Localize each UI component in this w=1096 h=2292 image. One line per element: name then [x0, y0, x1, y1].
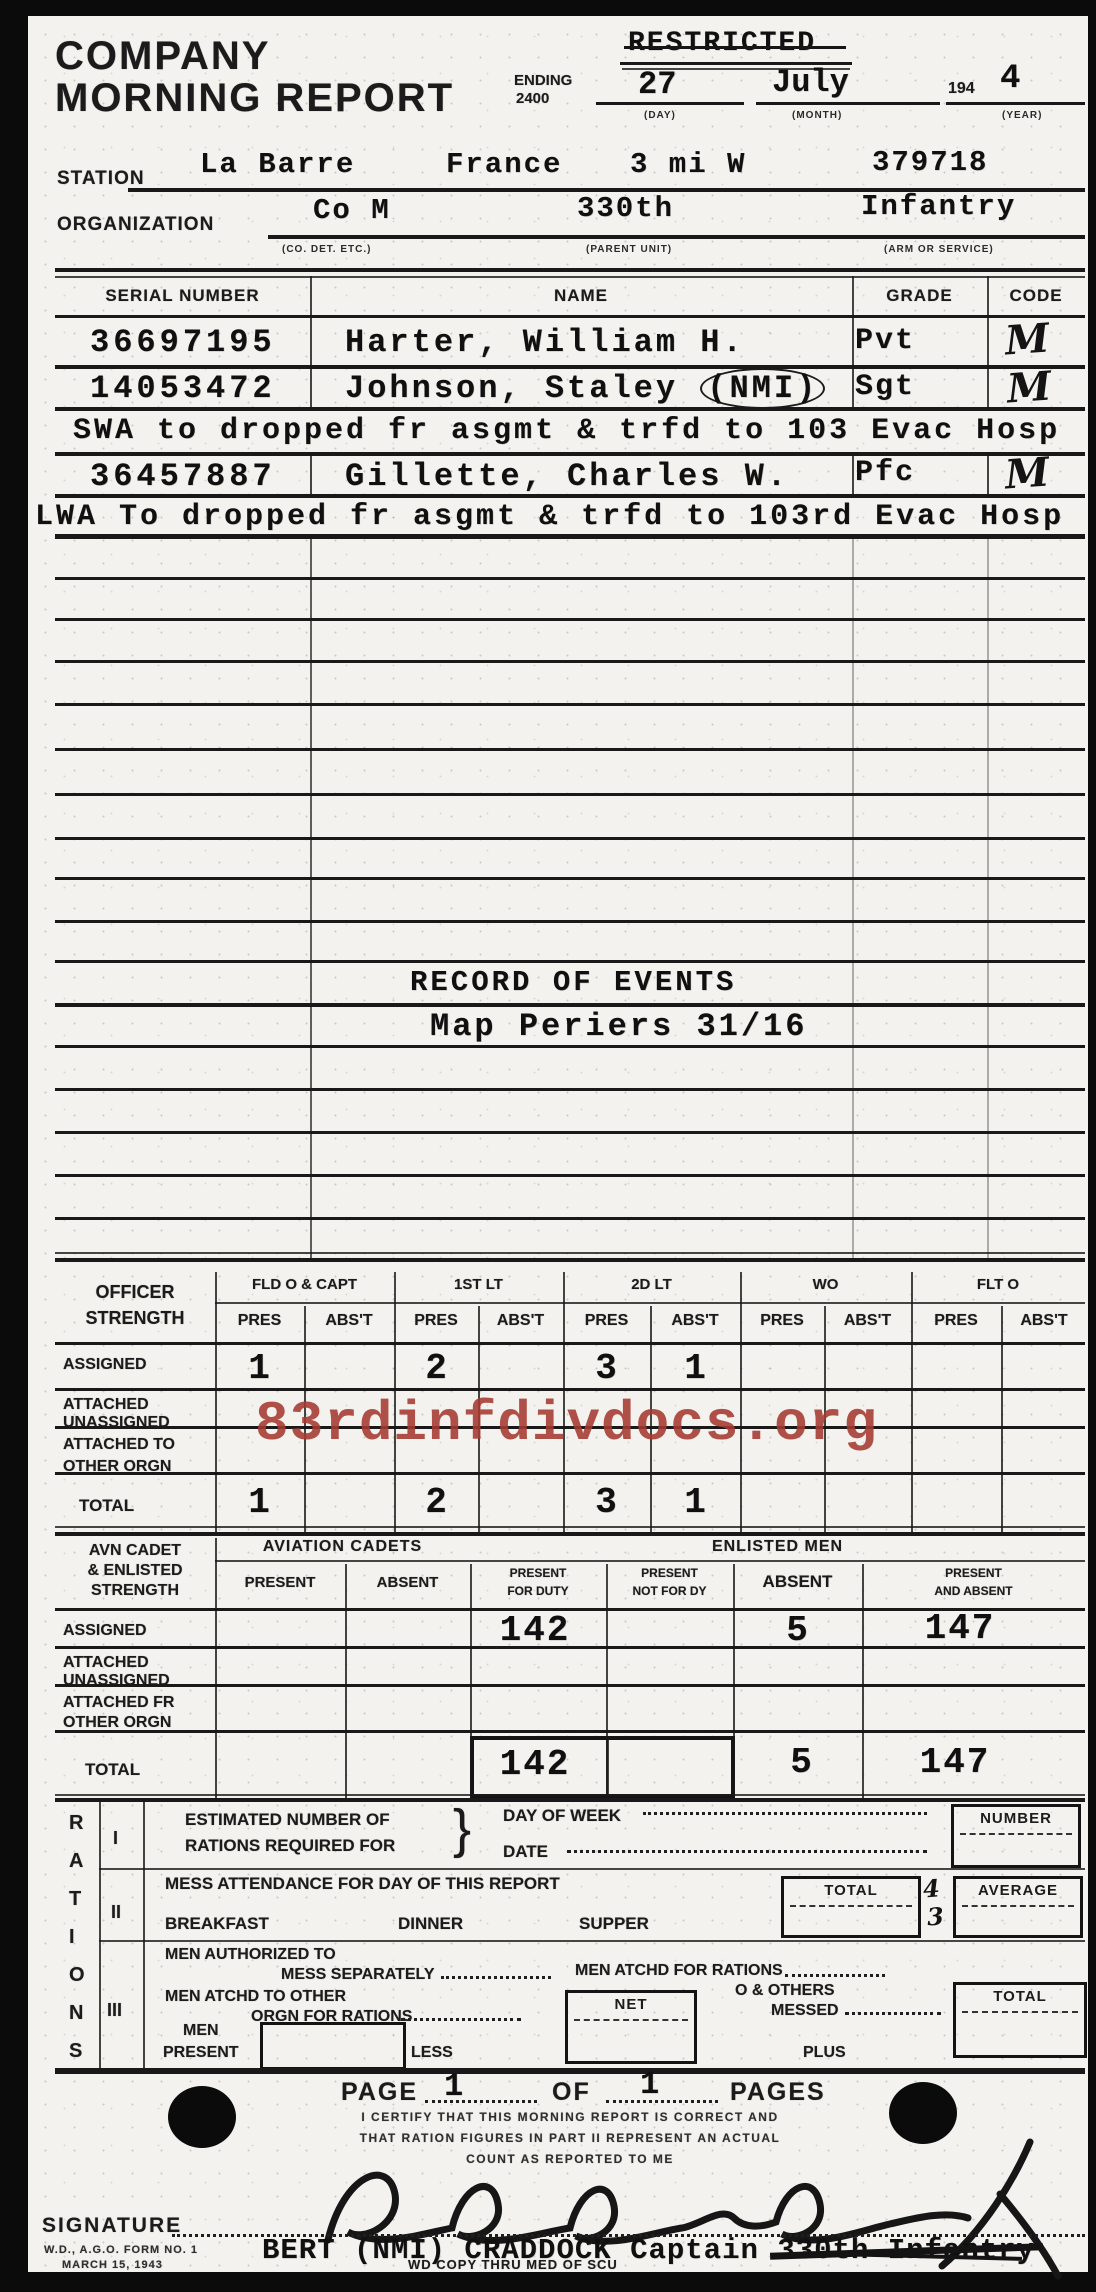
- classification-stamp: RESTRICTED: [628, 28, 816, 59]
- ruled-line: [55, 1217, 1085, 1220]
- officer-sub-pres: PRES: [565, 1312, 648, 1330]
- date-month-line: [756, 102, 940, 105]
- net-box: NET: [565, 1990, 697, 2064]
- station-distance: 3 mi W: [630, 148, 746, 181]
- organization-line: [268, 235, 1085, 239]
- enlisted-group-enlisted: ENLISTED MEN: [470, 1538, 1085, 1556]
- enlisted-assigned-pfd: 142: [480, 1610, 590, 1651]
- officer-strength-label1: OFFICER: [55, 1282, 215, 1303]
- enlisted-col-divider: [345, 1564, 347, 1798]
- roster-col-code: CODE: [987, 286, 1085, 306]
- number-box-rule: [960, 1833, 1072, 1835]
- officer-assigned-2dlt-pres: 3: [586, 1348, 626, 1389]
- roster-name-text: Johnson, Staley: [345, 370, 700, 407]
- officer-group-wo: WO: [740, 1276, 911, 1293]
- ruled-line: [55, 793, 1085, 796]
- enlisted-sub-absent2: ABSENT: [733, 1572, 862, 1592]
- men-present-label1: MEN: [183, 2022, 219, 2040]
- officer-total-1stlt-pres: 2: [416, 1482, 456, 1523]
- rations-letter: A: [69, 1850, 83, 1873]
- roster-rule-3: [55, 452, 1085, 456]
- organization-unit-caption: (CO. DET. ETC.): [282, 244, 371, 255]
- enlisted-group-rule: [215, 1560, 1085, 1562]
- officer-col-divider: [911, 1272, 913, 1532]
- officer-sub-abst: ABS'T: [480, 1312, 561, 1330]
- rations-total-box: TOTAL: [953, 1982, 1087, 2058]
- officer-group-1stlt: 1ST LT: [394, 1276, 563, 1293]
- signed-unit-struck: 330th Infantry: [777, 2234, 1035, 2267]
- number-box: NUMBER: [951, 1804, 1081, 1868]
- roster-serial: 14053472: [90, 370, 276, 407]
- rations-letter: I: [69, 1926, 75, 1949]
- less-label: LESS: [411, 2044, 453, 2062]
- rations-total-label: TOTAL: [956, 1988, 1084, 2005]
- pages-label: PAGES: [730, 2078, 826, 2107]
- roster-code-handwritten: M: [1003, 449, 1050, 499]
- roster-grade: Pvt: [855, 324, 915, 358]
- ruled-line: [55, 837, 1085, 840]
- station-country: France: [446, 148, 562, 181]
- o-and-others-label: O & OTHERS: [735, 1982, 835, 2000]
- mess-handwritten-top: 4: [922, 1873, 941, 1903]
- officer-row-assigned: ASSIGNED: [63, 1356, 147, 1374]
- roster-divider: [852, 276, 854, 407]
- footer-heavy-rule: [55, 2068, 1085, 2074]
- men-present-label2: PRESENT: [163, 2044, 239, 2062]
- men-authorized-label1: MEN AUTHORIZED TO: [165, 1946, 336, 1964]
- officer-group-flto: FLT O: [911, 1276, 1085, 1293]
- distribution-note: WD COPY THRU MED OF SCU: [408, 2257, 618, 2272]
- of-label: OF: [552, 2078, 591, 2107]
- enlisted-sub-pfd2: FOR DUTY: [470, 1584, 606, 1598]
- ending-label: ENDING: [514, 72, 572, 89]
- ruled-line: [55, 748, 1085, 751]
- roster-divider: [310, 452, 312, 494]
- rations-total-rule: [962, 2011, 1078, 2013]
- enlisted-sub-absent: ABSENT: [345, 1574, 470, 1591]
- mess-total-rule: [790, 1905, 912, 1907]
- organization-arm: Infantry: [861, 190, 1016, 223]
- enlisted-col-divider: [606, 1564, 608, 1798]
- officer-row-total: TOTAL: [79, 1496, 134, 1516]
- enlisted-col-divider: [215, 1538, 217, 1798]
- roster-rule-4: [55, 494, 1085, 498]
- officer-sub-pres: PRES: [217, 1312, 302, 1330]
- officer-sub-pres: PRES: [742, 1312, 822, 1330]
- rations-rule-1: [99, 1868, 1085, 1870]
- ruled-line: [55, 1252, 1085, 1254]
- orgn-for-rations-blank: [401, 2016, 521, 2021]
- officer-bottom-rule2: [55, 1532, 1085, 1536]
- rations-s1-line2: RATIONS REQUIRED FOR: [185, 1836, 395, 1856]
- date-day-value: 27: [638, 66, 676, 103]
- column-divider: [310, 536, 312, 1258]
- supper-label: SUPPER: [579, 1914, 649, 1934]
- enlisted-row-attachedfr1: ATTACHED FR: [63, 1694, 174, 1712]
- roster-divider: [310, 276, 312, 407]
- officer-total-2dlt-abst: 1: [675, 1482, 715, 1523]
- officer-sub-abst: ABS'T: [826, 1312, 909, 1330]
- roster-name-nmi-oval: (NMI): [700, 368, 825, 409]
- form-number: W.D., A.G.O. FORM NO. 1: [44, 2244, 198, 2256]
- enlisted-row-total: TOTAL: [85, 1760, 140, 1780]
- officer-row-attached1: ATTACHED: [63, 1396, 149, 1414]
- officer-total-fldo-pres: 1: [239, 1482, 279, 1523]
- punch-hole: [889, 2082, 957, 2144]
- number-box-label: NUMBER: [954, 1810, 1078, 1827]
- mess-average-box: AVERAGE: [953, 1876, 1083, 1938]
- ruled-line: [55, 660, 1085, 663]
- enlisted-row-rule: [55, 1684, 1085, 1687]
- roster-top-rule1: [55, 268, 1085, 272]
- roster-divider: [987, 276, 989, 407]
- enlisted-row-attached2: UNASSIGNED: [63, 1672, 170, 1690]
- enlisted-row-assigned: ASSIGNED: [63, 1622, 147, 1640]
- station-label: STATION: [57, 168, 145, 190]
- officer-col-divider: [215, 1272, 217, 1532]
- ruled-line: [55, 877, 1085, 880]
- officer-group-2dlt: 2D LT: [563, 1276, 740, 1293]
- date-day-caption: (DAY): [644, 110, 676, 121]
- mess-handwritten-bottom: 3: [926, 1901, 945, 1931]
- rations-s1-line1: ESTIMATED NUMBER OF: [185, 1810, 390, 1830]
- officer-assigned-fldo-pres: 1: [239, 1348, 279, 1389]
- scanned-morning-report: COMPANY MORNING REPORT RESTRICTED ENDING…: [0, 0, 1096, 2292]
- pages-count-blank: [606, 2098, 718, 2103]
- enlisted-bottom-rule1: [55, 1794, 1085, 1796]
- form-title-line1: COMPANY: [55, 34, 270, 79]
- plus-label: PLUS: [803, 2044, 846, 2062]
- enlisted-label3: STRENGTH: [55, 1582, 215, 1600]
- enlisted-assigned-absent: 5: [777, 1610, 817, 1651]
- messed-blank: [845, 2010, 941, 2015]
- officer-total-2dlt-pres: 3: [586, 1482, 626, 1523]
- ruled-line: [55, 920, 1085, 923]
- organization-unit: Co M: [313, 194, 391, 227]
- rations-numeral-2: II: [111, 1902, 121, 1923]
- ruled-line: [55, 1174, 1085, 1177]
- roster-note: SWA to dropped fr asgmt & trfd to 103 Ev…: [73, 414, 1060, 448]
- rations-day-of-week-label: DAY OF WEEK: [503, 1806, 621, 1826]
- ruled-line: [55, 1131, 1085, 1134]
- signed-rank: Captain: [630, 2234, 759, 2267]
- rations-letter: R: [69, 1812, 83, 1835]
- officer-group-rule: [215, 1302, 1085, 1304]
- rations-letter: O: [69, 1964, 85, 1987]
- ruled-line: [55, 1003, 1085, 1007]
- date-month-value: July: [772, 64, 849, 101]
- roster-table: SERIAL NUMBER NAME GRADE CODE 36697195 H…: [55, 268, 1085, 536]
- page-label: PAGE: [341, 2078, 418, 2107]
- ruled-line: [55, 703, 1085, 706]
- rations-numeral-3: III: [107, 2000, 122, 2021]
- form-date: MARCH 15, 1943: [62, 2259, 163, 2271]
- roster-serial: 36697195: [90, 324, 276, 361]
- roster-code-handwritten: M: [1003, 315, 1050, 365]
- enlisted-assigned-pa: 147: [905, 1608, 1015, 1649]
- form-title-line2: MORNING REPORT: [55, 76, 454, 121]
- dinner-label: DINNER: [398, 1914, 463, 1934]
- ruled-line: [55, 960, 1085, 963]
- section-divider: [55, 1258, 1085, 1262]
- roster-grade: Sgt: [855, 370, 915, 404]
- roster-rule-2: [55, 407, 1085, 411]
- enlisted-label1: AVN CADET: [55, 1542, 215, 1560]
- roster-col-serial: SERIAL NUMBER: [75, 286, 290, 306]
- date-year-value: 4: [1000, 60, 1020, 98]
- officer-sub-pres: PRES: [913, 1312, 999, 1330]
- rations-numeral-divider: [143, 1802, 145, 2068]
- station-place: La Barre: [200, 148, 355, 181]
- enlisted-sub-pnfd1: PRESENT: [606, 1566, 733, 1580]
- rations-brace: }: [453, 1798, 471, 1860]
- enlisted-sub-pa1: PRESENT: [862, 1566, 1085, 1580]
- atchd-for-rations-blank: [785, 1972, 885, 1977]
- organization-arm-caption: (ARM OR SERVICE): [884, 244, 994, 255]
- men-authorized-label2: MESS SEPARATELY: [281, 1966, 435, 1984]
- officer-strength-label2: STRENGTH: [55, 1308, 215, 1329]
- mess-average-rule: [962, 1905, 1074, 1907]
- record-of-events-entry: Map Periers 31/16: [430, 1008, 807, 1045]
- enlisted-col-divider: [733, 1564, 735, 1798]
- date-day-line: [596, 102, 744, 105]
- enlisted-group-cadets: AVIATION CADETS: [215, 1538, 470, 1556]
- enlisted-row-rule: [55, 1646, 1085, 1649]
- messed-label: MESSED: [771, 2002, 839, 2020]
- record-of-events-title: RECORD OF EVENTS: [410, 966, 736, 999]
- enlisted-sub-pfd1: PRESENT: [470, 1566, 606, 1580]
- signed-name-line: BERT (NMI) CRADDOCK Captain 330th Infant…: [262, 2234, 1035, 2267]
- column-divider: [987, 536, 989, 1258]
- officer-row-attached-other1: ATTACHED TO: [63, 1436, 175, 1454]
- date-year-line: [946, 102, 1085, 105]
- roster-grade: Pfc: [855, 456, 915, 490]
- date-year-prefix: 194: [948, 80, 975, 98]
- organization-parent-caption: (PARENT UNIT): [586, 244, 672, 255]
- punch-hole: [168, 2086, 236, 2148]
- ruled-line: [55, 577, 1085, 580]
- officer-sub-abst: ABS'T: [652, 1312, 738, 1330]
- officer-row-rule: [55, 1472, 1085, 1475]
- officer-assigned-1stlt-pres: 2: [416, 1348, 456, 1389]
- officer-row-attached2: UNASSIGNED: [63, 1414, 170, 1432]
- organization-label: ORGANIZATION: [57, 214, 214, 236]
- roster-rule-1: [55, 365, 1085, 369]
- enlisted-row-rule: [55, 1730, 1085, 1733]
- ending-hour: 2400: [516, 90, 549, 107]
- men-present-box: [260, 2022, 406, 2070]
- roster-code-handwritten: M: [1005, 363, 1052, 413]
- officer-subheader-rule: [55, 1342, 1085, 1345]
- roster-header-rule: [55, 315, 1085, 318]
- ruled-line: [55, 1088, 1085, 1091]
- rations-letter: N: [69, 2002, 83, 2025]
- scan-edge-top: [0, 0, 1096, 16]
- officer-sub-abst: ABS'T: [306, 1312, 392, 1330]
- rations-rule-2: [99, 1940, 1085, 1942]
- rations-s2-title: MESS ATTENDANCE FOR DAY OF THIS REPORT: [165, 1874, 560, 1894]
- roster-col-name: NAME: [310, 286, 852, 306]
- officer-col-divider: [1001, 1306, 1003, 1532]
- column-divider: [852, 536, 854, 1258]
- officer-row-rule: [55, 1388, 1085, 1391]
- net-box-label: NET: [568, 1996, 694, 2013]
- site-watermark: 83rdinfdivdocs.org: [255, 1392, 878, 1456]
- rations-letter: S: [69, 2040, 82, 2063]
- page-number-blank: [425, 2098, 537, 2103]
- officer-bottom-rule1: [55, 1526, 1085, 1528]
- day-of-week-blank: [643, 1810, 927, 1815]
- organization-parent: 330th: [577, 192, 674, 225]
- enlisted-sub-pa2: AND ABSENT: [862, 1584, 1085, 1598]
- ruled-line: [55, 1045, 1085, 1048]
- enlisted-sub-pnfd2: NOT FOR DY: [606, 1584, 733, 1598]
- enlisted-total-absent: 5: [781, 1742, 821, 1783]
- roster-name: Harter, William H.: [345, 324, 745, 361]
- scan-edge-left: [0, 0, 28, 2292]
- breakfast-label: BREAKFAST: [165, 1914, 269, 1934]
- date-year-caption: (YEAR): [1002, 110, 1042, 121]
- mess-average-label: AVERAGE: [956, 1882, 1080, 1899]
- officer-group-fldo: FLD O & CAPT: [215, 1276, 394, 1293]
- enlisted-col-divider: [470, 1564, 472, 1798]
- roster-top-rule2: [55, 276, 1085, 278]
- rations-numeral-1: I: [113, 1828, 118, 1849]
- signature-label: SIGNATURE: [42, 2214, 182, 2238]
- roster-serial: 36457887: [90, 458, 276, 495]
- date-blank: [567, 1848, 927, 1853]
- mess-total-label: TOTAL: [784, 1882, 918, 1899]
- scan-edge-right: [1088, 0, 1096, 2292]
- officer-sub-abst: ABS'T: [1003, 1312, 1085, 1330]
- net-box-rule: [574, 2019, 688, 2021]
- cert-line1: I CERTIFY THAT THIS MORNING REPORT IS CO…: [270, 2110, 870, 2124]
- roster-col-grade: GRADE: [852, 286, 987, 306]
- station-coords: 379718: [872, 146, 988, 179]
- officer-assigned-2dlt-abst: 1: [675, 1348, 715, 1389]
- roster-divider: [987, 452, 989, 494]
- officer-sub-pres: PRES: [396, 1312, 476, 1330]
- enlisted-total-pa: 147: [900, 1742, 1010, 1783]
- rations-letter-divider: [99, 1802, 101, 2068]
- roster-note: LWA To dropped fr asgmt & trfd to 103rd …: [35, 500, 1064, 534]
- rations-letter: T: [69, 1888, 81, 1911]
- enlisted-sub-present: PRESENT: [215, 1574, 345, 1591]
- rations-section: R A T I O N S I II III ESTIMATED NUMBER …: [55, 1802, 1085, 2068]
- enlisted-row-attached1: ATTACHED: [63, 1654, 149, 1672]
- mess-separately-blank: [441, 1974, 551, 1979]
- blank-roster-area: RECORD OF EVENTS Map Periers 31/16: [55, 536, 1085, 1262]
- roster-name: Johnson, Staley (NMI): [345, 370, 825, 407]
- classification-strike: [624, 46, 846, 49]
- enlisted-label2: & ENLISTED: [55, 1562, 215, 1580]
- mess-total-box: TOTAL: [781, 1876, 921, 1938]
- date-month-caption: (MONTH): [792, 110, 842, 121]
- men-atchd-other-label1: MEN ATCHD TO OTHER: [165, 1988, 346, 2006]
- roster-name: Gillette, Charles W.: [345, 458, 789, 495]
- roster-divider: [852, 452, 854, 494]
- rations-date-label: DATE: [503, 1842, 548, 1862]
- ruled-line: [55, 618, 1085, 621]
- enlisted-col-divider: [862, 1564, 864, 1798]
- enlisted-strength-table: AVN CADET & ENLISTED STRENGTH AVIATION C…: [55, 1538, 1085, 1802]
- enlisted-total-heavy-box: [470, 1736, 735, 1798]
- men-atchd-for-rations-label: MEN ATCHD FOR RATIONS: [575, 1962, 783, 1980]
